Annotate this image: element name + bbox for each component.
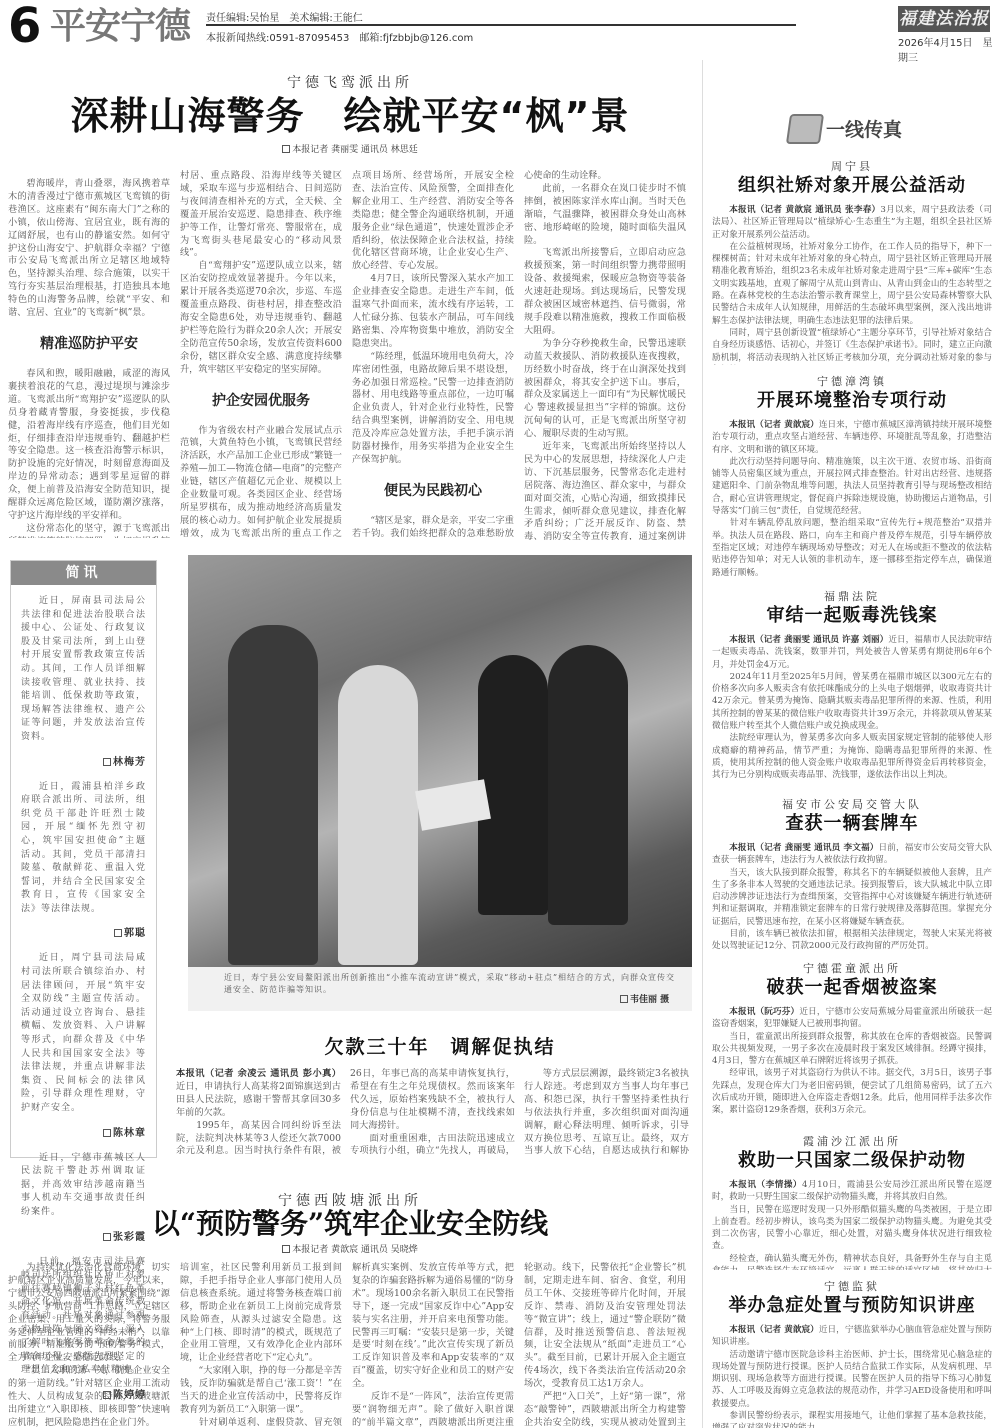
sidebar-kicker: 福安市公安局交管大队 [712,798,992,812]
main-kicker: 宁德飞鸾派出所 [0,72,700,92]
sidebar-headline: 组织社矫对象开展公益活动 [712,174,992,198]
photo-figure-officer-1 [478,655,548,915]
bottom-headline: 以“预防警务”筑牢企业安全防线 [0,1207,700,1241]
photo-credit: 韦佳丽 摄 [620,994,669,1006]
debt-headline: 欠款三十年 调解促执结 [180,1034,700,1060]
photo-figure-elder [228,625,318,965]
column-divider [702,60,703,1428]
sidebar-headline: 救助一只国家二级保护动物 [712,1149,992,1173]
sidebar-news-item: 宁德监狱 举办急症处置与预防知识讲座 本报讯（记者 黄歆宸）近日，宁德监狱举办心… [712,1280,992,1428]
editors-line: 责任编辑:吴怡星 美术编辑:王能仁 [206,9,363,24]
sidebar-news-item: 福鼎法院 审结一起贩毒洗钱案 本报讯（记者 龚丽雯 通讯员 许嘉 刘丽）近日，福… [712,590,992,790]
main-byline: 本报记者 龚丽雯 通讯员 林思廷 [0,142,700,155]
brief-author: 郭聪 [21,926,146,942]
page-number: 6 [8,0,41,52]
briefs-title: 简讯 [11,561,156,585]
sidebar-headline: 开展环境整治专项行动 [712,389,992,413]
bottom-col-1: 为持续优化法治化营商环境，切实护航辖区企业高质量发展，今年以来，宁德市公安局西陂… [8,1262,170,1428]
bottom-col-3: 解析真实案例、发放宣传单等方式，把复杂的诈骗套路拆解为通俗易懂的“防身术”。现场… [352,1262,514,1428]
debt-col-3: 等方式层层溯源，最终锁定3名被执行人踪迹。考虑到双方当事人均年事已高、积怨已深，… [524,1068,689,1158]
sidebar-news-item: 霞浦沙江派出所 救助一只国家二级保护动物 本报讯（李情操）4月10日，霞浦县公安… [712,1135,992,1270]
sidebar-body: 本报讯（阮巧芬）近日，宁德市公安局蕉城分局霍童派出所破获一起盗窃香烟案，犯罪嫌疑… [712,1006,992,1117]
main-headline: 深耕山海警务 绘就平安“枫”景 [0,92,700,140]
sidebar-kicker: 周宁县 [712,160,992,174]
sidebar-kicker: 宁德霍童派出所 [712,962,992,976]
sidebar-headline: 破获一起香烟被盗案 [712,976,992,1000]
sidebar-body: 本报讯（记者 黄歆宸 通讯员 张李春）3月以来，周宁县政法委（司法局）、社区矫正… [712,204,992,365]
issue-date: 2026年4月15日 星期三 [898,34,1000,64]
sidebar-headline: 审结一起贩毒洗钱案 [712,604,992,628]
sidebar-kicker: 霞浦沙江派出所 [712,1135,992,1149]
section-title: 平安宁德 [50,2,190,50]
main-col-3: 点项目场所、经营场所，开展安全检查、法治宣传、风险预警，全面排查化解企业用工、生… [352,170,514,540]
sidebar-body: 本报讯（李情操）4月10日，霞浦县公安局沙江派出所民警在巡逻时，救助一只野生国家… [712,1179,992,1270]
fax-icon [786,114,824,144]
sidebar-kicker: 宁德监狱 [712,1280,992,1294]
main-col-4: 心使命的生动诠释。 此前，一名群众在岚口徒步时不慎摔倒，被困陈家洋水库山涧。当时… [524,170,686,540]
sidebar-headline: 查获一辆套牌车 [712,812,992,836]
bottom-col-4: 轮驱动。线下，民警依托“企业警长”机制，定期走进车间、宿舍、食堂，利用员工午休、… [524,1262,686,1428]
sidebar-news-item: 周宁县 组织社矫对象开展公益活动 本报讯（记者 黄歆宸 通讯员 张李春）3月以来… [712,160,992,365]
sidebar-body: 本报讯（记者 龚丽雯 通讯员 李文福）日前，福安市公安局交管大队查获一辆套牌车，… [712,842,992,953]
main-col-2: 村居、重点路段、沿海岸线等关键区域，采取车巡与步巡相结合、日间巡防与夜间清查相补… [180,170,342,540]
sidebar-body: 本报讯（记者 龚丽雯 通讯员 许嘉 刘丽）近日，福鼎市人民法院审结一起贩卖毒品、… [712,634,992,782]
debt-col-1-text: 近日，申请执行人高某将2面锦旗送到古田县人民法院，感谢干警帮其拿回30多年前的欠… [176,1081,341,1158]
debt-col-2: 26日，年事已高的高某申请恢复执行，希望在有生之年兑现债权。然而该案年代久远，原… [350,1068,515,1158]
brief-item: 近日，周宁县司法局咸村司法所联合镇综治办、村居法律顾问，开展“筑牢安全双防线”主… [21,952,146,1115]
hotline-line: 本报新闻热线:0591-87095453 邮箱:fjfzbbjb@126.com [206,29,473,44]
briefs-box: 简讯 近日，屏南县司法局公共法律和促进法治股联合法援中心、公证处、行政复议股及甘… [10,560,157,1158]
sidebar-body: 本报讯（记者 黄歆宸）近日，宁德监狱举办心脑血管急症处置与预防知识讲座。 活动邀… [712,1324,992,1428]
header-rule [206,24,796,26]
brief-item: 近日，屏南县司法局公共法律和促进法治股联合法援中心、公证处、行政复议股及甘棠司法… [21,595,146,745]
subhead-enterprise: 护企安园优服务 [180,391,342,411]
photo-caption: 近日，寿宁县公安局鳌阳派出所创新推出“小推车流动宣讲”模式，采取“移动+驻点”相… [224,972,684,996]
sidebar-news-item: 宁德霍童派出所 破获一起香烟被盗案 本报讯（阮巧芬）近日，宁德市公安局蕉城分局霍… [712,962,992,1127]
news-photo [188,555,692,967]
sidebar-headline: 举办急症处置与预防知识讲座 [712,1294,992,1318]
bottom-col-2: 培训室，社区民警利用新员工报到间隙，手把手指导企业人事部门使用人员信息核查系统。… [180,1262,342,1428]
sidebar-news-item: 福安市公安局交管大队 查获一辆套牌车 本报讯（记者 龚丽雯 通讯员 李文福）日前… [712,798,992,958]
brief-item: 近日，霞浦县柏洋乡政府联合派出所、司法所，组织党员干部赴许旺烈士陵园，开展“缅怀… [21,781,146,917]
subhead-service: 便民为民践初心 [352,481,514,501]
sidebar-news-item: 宁德漳湾镇 开展环境整治专项行动 本报讯（记者 黄歆宸）连日来，宁德市蕉城区漳湾… [712,375,992,580]
photo-figure-woman [338,665,418,965]
debt-col-1: 本报讯（记者 余凌云 通讯员 彭小真）近日，申请执行人高某将2面锦旗送到古田县人… [176,1068,341,1158]
main-col-1: 碧海暖岸，青山叠翠，海风携着草木的清香漫过宁德市蕉城区飞鸾镇的街巷渔区。这座素有… [8,178,170,538]
sidebar-kicker: 福鼎法院 [712,590,992,604]
sidebar-section-label: 一线传真 [826,116,902,144]
masthead-logo: 福建法治报 [898,6,990,32]
brief-author: 陈林章 [21,1126,146,1142]
bottom-byline: 本报记者 黄歆宸 通讯员 吴晓烨 [0,1242,700,1255]
brief-author: 林梅芳 [21,755,146,771]
subhead-patrol: 精准巡防护平安 [8,334,170,354]
sidebar-body: 本报讯（记者 黄歆宸）连日来，宁德市蕉城区漳湾镇持续开展环境整治专项行动，重点攻… [712,419,992,579]
photo-figure-officer-2 [548,645,628,925]
sidebar-kicker: 宁德漳湾镇 [712,375,992,389]
